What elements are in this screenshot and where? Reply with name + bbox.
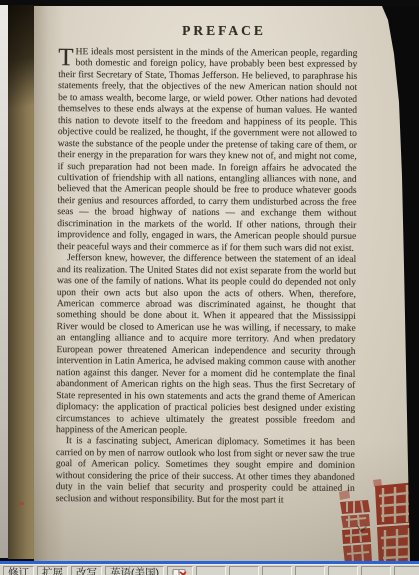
body-text: THE ideals most persistent in the minds … bbox=[56, 47, 358, 507]
status-cell-empty bbox=[361, 566, 391, 575]
photo-black-border-top bbox=[0, 0, 419, 7]
status-toggle-overtype[interactable]: 改写 bbox=[71, 566, 102, 575]
red-ink-speck-left bbox=[19, 502, 24, 505]
paragraph-2: Jefferson knew, however, the difference … bbox=[56, 253, 356, 438]
status-cell-empty bbox=[229, 566, 259, 575]
paragraph-1: THE ideals most persistent in the minds … bbox=[57, 47, 357, 255]
open-book-with-red-x-icon bbox=[172, 568, 188, 575]
paragraph-1-text: HE ideals most persistent in the minds o… bbox=[57, 47, 357, 253]
library-seal-stamp bbox=[337, 478, 414, 562]
page-title: PREFACE bbox=[34, 23, 414, 39]
status-cell-empty bbox=[196, 566, 226, 575]
status-language[interactable]: 英语(美国) bbox=[105, 566, 164, 575]
word-status-bar: 修订 扩展 改写 英语(美国) bbox=[0, 564, 419, 575]
status-toggle-track-changes[interactable]: 修订 bbox=[3, 566, 34, 575]
status-cell-empty bbox=[328, 566, 358, 575]
status-cell-empty bbox=[394, 566, 419, 575]
spelling-status-button[interactable] bbox=[167, 566, 193, 575]
drop-cap: T bbox=[58, 47, 75, 68]
status-cell-empty bbox=[295, 566, 325, 575]
status-cell-empty bbox=[262, 566, 292, 575]
paragraph-3: It is a fascinating subject, American di… bbox=[56, 436, 355, 507]
book-page: PREFACE THE ideals most persistent in th… bbox=[34, 6, 414, 562]
photo-of-book-page: PREFACE THE ideals most persistent in th… bbox=[0, 0, 419, 575]
status-toggle-extend-selection[interactable]: 扩展 bbox=[37, 566, 68, 575]
